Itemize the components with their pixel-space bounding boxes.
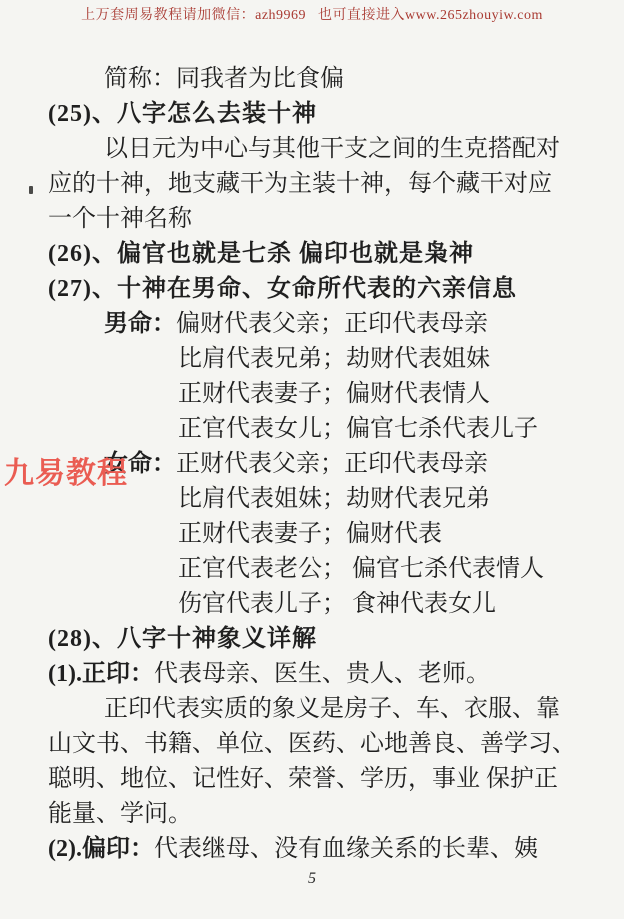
text-line: 男命：偏财代表父亲；正印代表母亲	[48, 307, 578, 342]
line-text: 伤官代表儿子； 食神代表女儿	[178, 591, 496, 617]
line-text: 能量、学问。	[48, 801, 192, 827]
watermark-text: 九易教程	[4, 448, 128, 492]
text-line: 简称：同我者为比食偏	[48, 62, 578, 97]
line-text: (27)、十神在男命、女命所代表的六亲信息	[48, 276, 517, 302]
text-line: 伤官代表儿子； 食神代表女儿	[48, 587, 578, 622]
line-text: (25)、八字怎么去装十神	[48, 101, 317, 127]
line-prefix: (1).正印：	[48, 661, 154, 687]
scan-artifact-speck	[29, 186, 33, 194]
line-text: 以日元为中心与其他干支之间的生克搭配对	[104, 136, 560, 162]
text-line: (2).偏印：代表继母、没有血缘关系的长辈、姨	[48, 832, 578, 867]
heading-line: (25)、八字怎么去装十神	[48, 97, 578, 132]
heading-line: (26)、偏官也就是七杀 偏印也就是枭神	[48, 237, 578, 272]
text-line: 一个十神名称	[48, 202, 578, 237]
text-line: 应的十神，地支藏干为主装十神，每个藏干对应	[48, 167, 578, 202]
line-text: 代表继母、没有血缘关系的长辈、姨	[154, 836, 538, 862]
line-text: 一个十神名称	[48, 206, 192, 232]
line-prefix: 男命：	[104, 311, 176, 337]
text-line: (1).正印：代表母亲、医生、贵人、老师。	[48, 657, 578, 692]
page-number: 5	[0, 870, 624, 888]
text-line: 比肩代表兄弟；劫财代表姐妹	[48, 342, 578, 377]
line-text: 正财代表妻子；偏财代表	[178, 521, 442, 547]
text-line: 以日元为中心与其他干支之间的生克搭配对	[48, 132, 578, 167]
line-text: 正财代表妻子；偏财代表情人	[178, 381, 490, 407]
line-text: 代表母亲、医生、贵人、老师。	[154, 661, 490, 687]
line-text: 正财代表父亲；正印代表母亲	[176, 451, 488, 477]
text-line: 正财代表妻子；偏财代表情人	[48, 377, 578, 412]
scanned-document-page: 上万套周易教程请加微信：azh9969 也可直接进入www.265zhouyiw…	[0, 0, 624, 919]
heading-line: (27)、十神在男命、女命所代表的六亲信息	[48, 272, 578, 307]
text-line: 山文书、书籍、单位、医药、心地善良、善学习、	[48, 727, 578, 762]
line-prefix: (2).偏印：	[48, 836, 154, 862]
line-text: 正印代表实质的象义是房子、车、衣服、靠	[104, 696, 560, 722]
line-text: 正官代表老公； 偏官七杀代表情人	[178, 556, 544, 582]
line-text: 应的十神，地支藏干为主装十神，每个藏干对应	[48, 171, 552, 197]
text-line: 正官代表女儿；偏官七杀代表儿子	[48, 412, 578, 447]
line-text: 比肩代表兄弟；劫财代表姐妹	[178, 346, 490, 372]
line-text: (26)、偏官也就是七杀 偏印也就是枭神	[48, 241, 474, 267]
line-text: 比肩代表姐妹；劫财代表兄弟	[178, 486, 490, 512]
text-line: 正财代表妻子；偏财代表	[48, 517, 578, 552]
text-line: 正官代表老公； 偏官七杀代表情人	[48, 552, 578, 587]
header-promo-text: 上万套周易教程请加微信：azh9969 也可直接进入www.265zhouyiw…	[0, 4, 624, 24]
line-text: 偏财代表父亲；正印代表母亲	[176, 311, 488, 337]
heading-line: (28)、八字十神象义详解	[48, 622, 578, 657]
line-text: 正官代表女儿；偏官七杀代表儿子	[178, 416, 538, 442]
line-text: (28)、八字十神象义详解	[48, 626, 317, 652]
text-line: 能量、学问。	[48, 797, 578, 832]
line-text: 山文书、书籍、单位、医药、心地善良、善学习、	[48, 731, 576, 757]
text-line: 正印代表实质的象义是房子、车、衣服、靠	[48, 692, 578, 727]
line-text: 简称：同我者为比食偏	[104, 66, 344, 92]
line-text: 聪明、地位、记性好、荣誉、学历，事业 保护正	[48, 766, 558, 792]
text-line: 聪明、地位、记性好、荣誉、学历，事业 保护正	[48, 762, 578, 797]
